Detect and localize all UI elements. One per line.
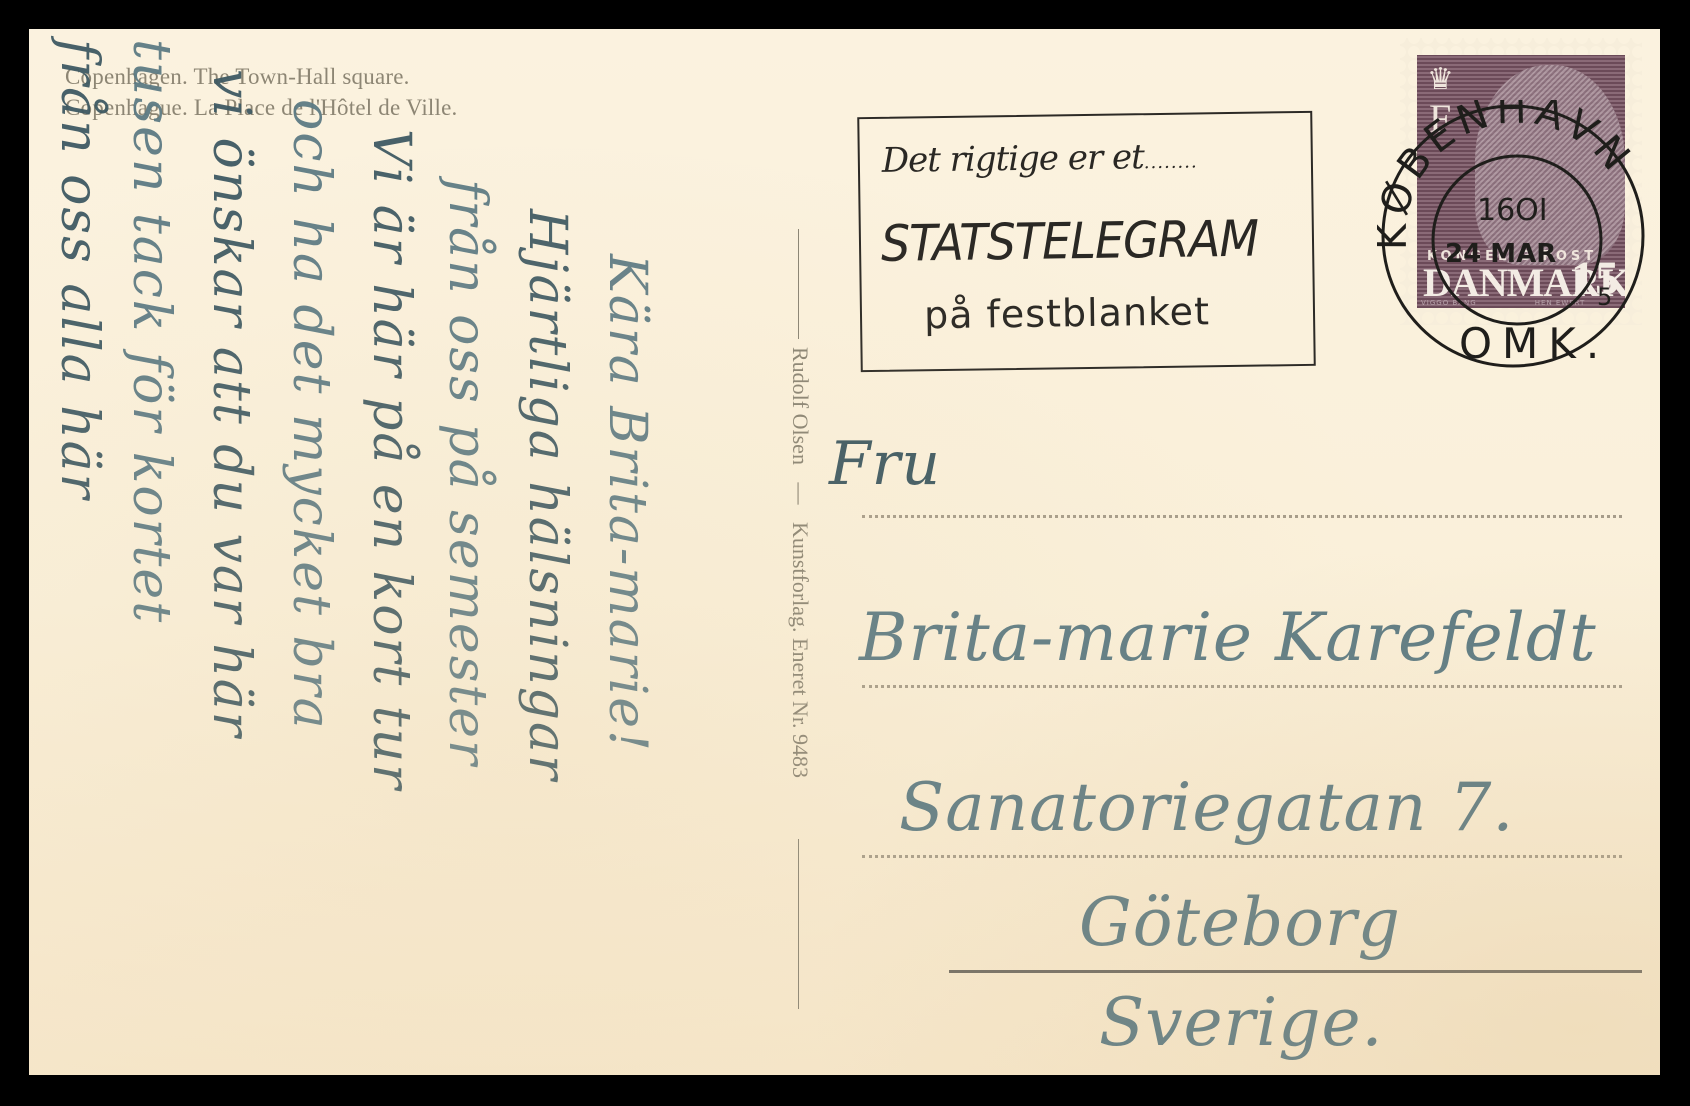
- slogan-line2: STATSTELEGRAM: [881, 210, 1259, 273]
- address-city: Göteborg: [1079, 884, 1401, 961]
- address-line-2: [862, 685, 1622, 688]
- postmark-icon: KØBENHAVN OMK. 16OI 24 MAR 5: [1377, 100, 1649, 372]
- message-line: Hjärtliga hälsningar: [517, 209, 577, 782]
- address-line-1: [862, 515, 1622, 518]
- publisher-rule-bottom: [798, 839, 799, 1009]
- address-line-3: [862, 855, 1622, 858]
- publisher-rule-top: [798, 229, 799, 339]
- slogan-line1-text: Det rigtige er et: [882, 137, 1144, 181]
- postcard: Copenhagen. The Town-Hall square. Copenh…: [29, 29, 1660, 1075]
- publisher-firm: Kunstforlag. Eneret Nr. 9483: [788, 522, 813, 778]
- publisher-imprint: Rudolf Olsen — Kunstforlag. Eneret Nr. 9…: [785, 229, 815, 1049]
- address-street: Sanatoriegatan 7.: [899, 769, 1514, 846]
- crown-icon: ♛: [1427, 65, 1454, 95]
- slogan-line1: Det rigtige er et........: [882, 136, 1198, 180]
- slogan-line3: på festblanket: [924, 289, 1211, 337]
- publisher-name: Rudolf Olsen: [788, 347, 813, 465]
- address-underline: [949, 970, 1642, 973]
- address-country: Sverige.: [1099, 984, 1384, 1061]
- message-line: tusen tack för kortet: [121, 39, 181, 624]
- message-line: och ha det mycket bra: [281, 99, 341, 731]
- slogan-dots: ........: [1144, 151, 1198, 173]
- message-line: från oss alla här: [49, 39, 109, 500]
- postmark-office: OMK.: [1459, 319, 1609, 368]
- slogan-cancel: Det rigtige er et........ STATSTELEGRAM …: [857, 111, 1316, 372]
- message-line: från oss på semester: [437, 179, 497, 767]
- message-line: Kära Brita-marie!: [597, 254, 657, 753]
- address-salutation: Fru: [829, 429, 941, 499]
- publisher-separator: —: [788, 482, 813, 504]
- postmark-time: 16OI: [1477, 193, 1548, 228]
- postmark-date: 24 MAR: [1445, 239, 1556, 269]
- message-line: vi önskar att du var här: [201, 69, 261, 739]
- postmark-year: 5: [1597, 283, 1612, 311]
- address-name: Brita-marie Karefeldt: [859, 599, 1597, 676]
- message-line: Vi är här på en kort tur: [361, 129, 421, 791]
